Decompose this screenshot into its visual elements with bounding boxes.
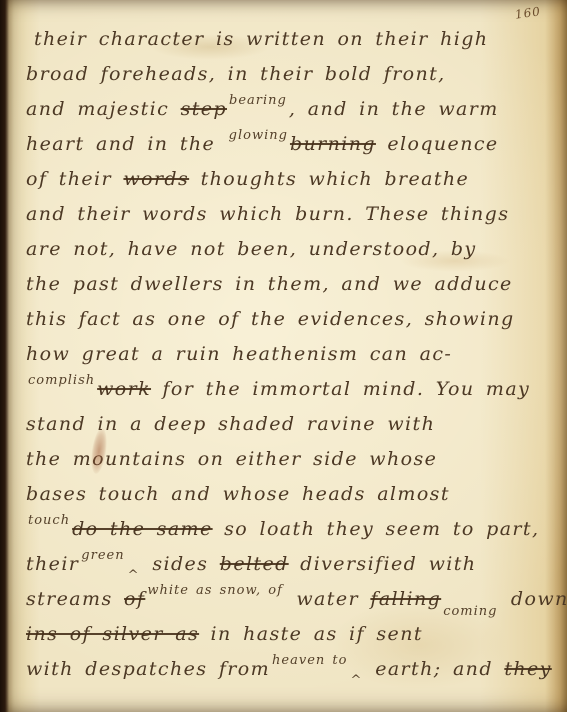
handwritten-text: for the immortal mind. You may (151, 378, 530, 400)
struck-text: falling (370, 588, 441, 610)
struck-text: step (181, 98, 227, 120)
handwritten-text: stand in a deep shaded ravine with (26, 413, 435, 435)
handwritten-text: their (26, 553, 79, 575)
handwritten-text: the past dwellers in them, and we adduce (26, 273, 513, 295)
handwritten-text: this fact as one of the evidences, showi… (26, 308, 515, 330)
handwritten-text: with despatches from (26, 658, 270, 680)
inserted-text-above: bearing (227, 93, 289, 108)
handwritten-text: broad foreheads, in their bold front, (26, 63, 446, 85)
inserted-text-above: white as snow, of (145, 583, 285, 598)
handwritten-text: diversified with (289, 553, 477, 575)
struck-text: work (97, 378, 151, 400)
handwritten-text: thoughts which breathe (189, 168, 469, 190)
struck-text: ins of silver as (26, 623, 199, 645)
handwritten-text: and majestic (26, 98, 181, 120)
handwritten-text: how great a ruin heathenism can ac- (26, 343, 452, 365)
inserted-text-above: glowing (227, 128, 290, 143)
handwritten-text: heart and in the (26, 133, 227, 155)
handwritten-text: sides (141, 553, 220, 575)
manuscript-line: the mountains on either side whose (26, 442, 552, 477)
manuscript-line: of their words thoughts which breathe (26, 162, 552, 197)
handwritten-text: the mountains on either side whose (26, 448, 437, 470)
struck-text: words (123, 168, 189, 190)
inserted-text-above: complish (26, 373, 97, 388)
book-binding-edge (0, 0, 9, 712)
handwritten-text: water (285, 588, 370, 610)
manuscript-line: and their words which burn. These things (26, 197, 552, 232)
struck-text: burning (290, 133, 376, 155)
struck-text: belted (220, 553, 289, 575)
handwritten-text: bases touch and whose heads almost (26, 483, 450, 505)
manuscript-text: their character is written on their high… (26, 22, 552, 687)
manuscript-line: with despatches fromheaven to^ earth; an… (26, 652, 552, 687)
handwritten-text: eloquence (376, 133, 499, 155)
manuscript-line: how great a ruin heathenism can ac- (26, 337, 552, 372)
manuscript-line: stand in a deep shaded ravine with (26, 407, 552, 442)
manuscript-line: are not, have not been, understood, by (26, 232, 552, 267)
struck-text: of (124, 588, 145, 610)
handwritten-text: streams (26, 588, 124, 610)
handwritten-text: , and in the warm (289, 98, 499, 120)
manuscript-line: the past dwellers in them, and we adduce (26, 267, 552, 302)
inserted-text-above: touch (26, 513, 72, 528)
manuscript-line: bases touch and whose heads almost (26, 477, 552, 512)
manuscript-line: broad foreheads, in their bold front, (26, 57, 552, 92)
manuscript-line: ins of silver as in haste as if sent (26, 617, 552, 652)
struck-text: do the same (72, 518, 213, 540)
handwritten-text: earth; and (364, 658, 505, 680)
handwritten-text: their character is written on their high (34, 28, 488, 50)
inserted-text-above: heaven to (270, 653, 349, 668)
manuscript-page: 160 their character is written on their … (0, 0, 567, 712)
inserted-text-below: coming (441, 604, 499, 619)
manuscript-line: theirgreen^ sides belted diversified wit… (26, 547, 552, 582)
page-number: 160 (514, 4, 542, 21)
insertion-caret: ^ (127, 568, 141, 583)
manuscript-line: touchdo the same so loath they seem to p… (26, 512, 552, 547)
manuscript-line: streams ofwhite as snow, of water fallin… (26, 582, 552, 617)
inserted-text-above: green (79, 548, 126, 563)
manuscript-line: complishwork for the immortal mind. You … (26, 372, 552, 407)
handwritten-text: are not, have not been, understood, by (26, 238, 477, 260)
manuscript-line: their character is written on their high (26, 22, 552, 57)
manuscript-line: and majestic stepbearing, and in the war… (26, 92, 552, 127)
handwritten-text: so loath they seem to part, (213, 518, 540, 540)
handwritten-text: of their (26, 168, 123, 190)
manuscript-line: heart and in the glowingburning eloquenc… (26, 127, 552, 162)
handwritten-text: and their words which burn. These things (26, 203, 509, 225)
struck-text: they (504, 658, 551, 680)
insertion-caret: ^ (349, 673, 363, 688)
manuscript-line: this fact as one of the evidences, showi… (26, 302, 552, 337)
handwritten-text: down (499, 588, 567, 610)
handwritten-text: in haste as if sent (199, 623, 423, 645)
